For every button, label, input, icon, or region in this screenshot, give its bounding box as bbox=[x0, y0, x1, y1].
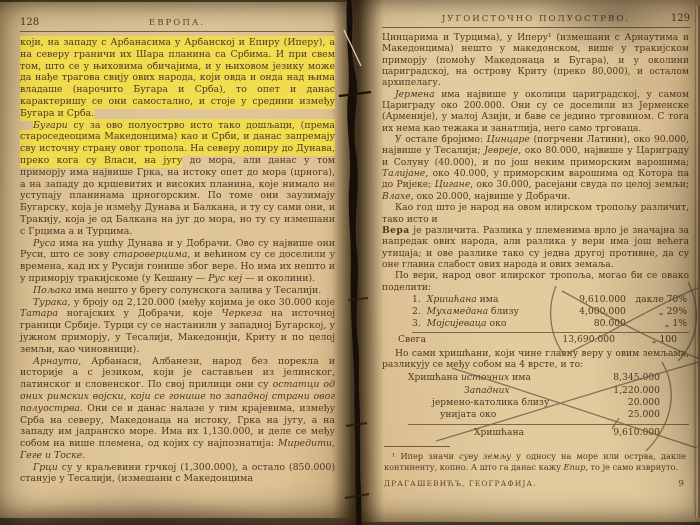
table-cell: дакле 70% bbox=[626, 294, 689, 306]
text-segment: ногајских у Добрачи, које bbox=[58, 308, 222, 319]
table-cell: 8,345.000 bbox=[580, 372, 660, 384]
stats-table: 1.Хришћана има9,610.000дакле 70%2.Мухаме… bbox=[382, 294, 689, 346]
table-cell: Мојсијеваца око bbox=[427, 318, 545, 330]
left-running-title: ЕВРОПА. bbox=[62, 18, 292, 28]
paragraph: По вери, народ овог илирског тропоља, мо… bbox=[382, 270, 689, 293]
text-segment: староверцима bbox=[113, 249, 187, 260]
text-segment: Мухамедана bbox=[427, 306, 488, 317]
table-cell: 1. bbox=[412, 294, 427, 306]
right-page-number: 129 bbox=[648, 13, 690, 24]
right-page: ЈУГОИСТОЧНО ПОЛУОСТРВО. 129 Цинцарима и … bbox=[356, 0, 700, 522]
table-cell: Хришћана bbox=[408, 427, 580, 439]
table-cell: 3. bbox=[412, 318, 427, 330]
text-segment: има bbox=[509, 372, 531, 383]
text-segment: Цигане bbox=[435, 179, 471, 190]
text-segment: Татара bbox=[20, 308, 58, 319]
text-segment: су у краљевини грчкој (1,300.000), а ост… bbox=[20, 462, 335, 485]
text-segment: има нешто у брегу солунскога залива у Те… bbox=[72, 285, 322, 296]
text-segment: Талијане bbox=[382, 168, 425, 179]
sheet-signature-number: 9 bbox=[679, 479, 684, 489]
table-cell: „ 29% bbox=[626, 306, 689, 318]
text-segment: Влахе bbox=[382, 191, 411, 202]
text-segment: Арнаути bbox=[33, 356, 78, 367]
text-segment: Вера bbox=[382, 225, 410, 236]
text-segment: Као год што је народ на овом илирском тр… bbox=[382, 202, 689, 224]
text-segment: Но сами хришћани, који чине главну веру … bbox=[382, 348, 689, 370]
paragraph: У остале бројимо: Цинцаре (погрчени Лати… bbox=[382, 134, 689, 202]
paragraph: Као год што је народ на овом илирском тр… bbox=[382, 202, 689, 225]
paragraph: Арнаути, Арбанаси, Албанези, народ без п… bbox=[20, 356, 335, 462]
book-signature: ДРАГАШЕВИЋЪ, ГЕОГРАФИЈА. bbox=[384, 479, 537, 488]
right-running-title: ЈУГОИСТОЧНО ПОЛУОСТРВО. bbox=[424, 14, 648, 24]
table-row: 1.Хришћана има9,610.000дакле 70% bbox=[412, 294, 689, 306]
table-cell: 13,690.000 bbox=[533, 334, 615, 346]
right-page-header: ЈУГОИСТОЧНО ПОЛУОСТРВО. 129 bbox=[382, 13, 690, 28]
table-cell: 80.000 bbox=[545, 318, 626, 330]
text-segment: ¹ Ипер значи bbox=[392, 451, 459, 461]
text-segment: Хришћана bbox=[408, 372, 461, 383]
table-row: јермено-католика близу20.000 bbox=[408, 397, 689, 409]
table-row: 2.Мухамедана близу4,000.000„ 29% bbox=[412, 306, 689, 318]
text-segment: источних bbox=[461, 372, 509, 383]
text-segment: , то је само изврнуто. bbox=[585, 462, 678, 472]
paragraph: Пољака има нешто у брегу солунскога зали… bbox=[20, 285, 335, 297]
left-page-number: 128 bbox=[20, 17, 62, 28]
table-cell: Западних bbox=[408, 385, 580, 397]
paragraph: Но сами хришћани, који чине главну веру … bbox=[382, 348, 689, 371]
stats-table: Хришћана источних има8,345.000Западних1,… bbox=[382, 372, 689, 439]
text-segment: Руса bbox=[33, 238, 56, 249]
table-cell: 9,610.000 bbox=[580, 427, 660, 439]
page-footer: ДРАГАШЕВИЋЪ, ГЕОГРАФИЈА. 9 bbox=[384, 479, 684, 489]
table-row: Свега13,690.000„ 100 bbox=[412, 332, 689, 346]
table-row: унијата око25.000 bbox=[408, 409, 689, 421]
table-cell: 2. bbox=[412, 306, 427, 318]
text-segment: Западних bbox=[464, 385, 510, 396]
paragraph: Вера је различита. Разлика у племенима в… bbox=[382, 225, 689, 270]
left-page: 128 ЕВРОПА. који, на западу с Арбанасима… bbox=[0, 2, 350, 518]
paragraph: Руса има на ушћу Дунава и у Добрачи. Ово… bbox=[20, 238, 335, 285]
table-cell: унијата око bbox=[408, 409, 580, 421]
text-segment: Пољака bbox=[33, 285, 72, 296]
paragraph: Бугари су за ово полуострво исто тако до… bbox=[20, 120, 335, 238]
text-segment: има bbox=[477, 294, 499, 305]
left-page-text: који, на западу с Арбанасима у Арбанској… bbox=[20, 37, 335, 485]
text-segment: Јермена bbox=[395, 89, 435, 100]
left-page-header: 128 ЕВРОПА. bbox=[20, 17, 334, 32]
text-segment: У остале бројимо: bbox=[395, 134, 487, 145]
text-segment: Цинцаре bbox=[487, 134, 530, 145]
paragraph: који, на западу с Арбанасима у Арбанској… bbox=[20, 37, 335, 120]
table-cell: 25.000 bbox=[580, 409, 660, 421]
text-segment: , око 30.000, расејани свуда по целој зе… bbox=[470, 179, 689, 190]
table-cell: јермено-католика близу bbox=[408, 397, 580, 409]
text-segment: По вери, народ овог илирског тропоља, мо… bbox=[382, 270, 689, 292]
table-row: Хришћана источних има8,345.000 bbox=[408, 372, 689, 384]
table-cell: Мухамедана близу bbox=[427, 306, 545, 318]
table-cell: Хришћана источних има bbox=[408, 372, 580, 384]
table-cell: 4,000.000 bbox=[545, 306, 626, 318]
table-cell: 20.000 bbox=[580, 397, 660, 409]
page-edges bbox=[693, 6, 700, 518]
paragraph: Грци су у краљевини грчкој (1,300.000), … bbox=[20, 462, 335, 486]
text-segment: , у броју од 2,120.000 (међу којима је о… bbox=[67, 297, 335, 308]
paragraph: Турака, у броју од 2,120.000 (међу којим… bbox=[20, 297, 335, 356]
table-row: Западних1,220.000 bbox=[408, 385, 689, 397]
text-segment: до мора, али данас у том приморју има на… bbox=[20, 155, 335, 237]
text-segment: Черкеза bbox=[221, 308, 262, 319]
table-cell: 1,220.000 bbox=[580, 385, 660, 397]
table-cell: „ 100 bbox=[615, 334, 679, 346]
paragraph: Јермена има највише у околици цариградск… bbox=[382, 89, 689, 134]
text-segment: Турака bbox=[33, 297, 67, 308]
table-row: Хришћана9,610.000 bbox=[408, 424, 689, 439]
text-segment: Епир bbox=[564, 462, 586, 472]
right-page-text: Цинцарима и Турцима), у Иперу¹ (измешани… bbox=[382, 32, 689, 439]
text-segment: Цинцарима и Турцима), у Иперу¹ (измешани… bbox=[382, 32, 689, 88]
text-segment: суву земљу bbox=[459, 451, 511, 461]
text-segment: Рус кеј bbox=[208, 273, 242, 284]
table-cell: Хришћана има bbox=[427, 294, 545, 306]
text-segment: близу bbox=[488, 306, 519, 317]
text-segment: Јевреје bbox=[484, 145, 518, 156]
paragraph: Цинцарима и Турцима), у Иперу¹ (измешани… bbox=[382, 32, 689, 89]
text-segment: Грци bbox=[33, 462, 58, 473]
table-cell: Свега bbox=[398, 334, 533, 346]
text-segment: Хришћана bbox=[427, 294, 477, 305]
text-segment: , око 20.000, највише у Добрачи. bbox=[411, 191, 571, 202]
footnote: ¹ Ипер значи суву земљу у односу на море… bbox=[384, 451, 686, 472]
text-segment: Мојсијеваца bbox=[427, 318, 487, 329]
text-segment: је различита. Разлика у племенима врло ј… bbox=[382, 225, 689, 270]
text-segment: — и околини). bbox=[242, 273, 315, 284]
highlighted-text: који, на западу с Арбанасима у Арбанској… bbox=[20, 36, 335, 121]
text-segment: око bbox=[487, 318, 507, 329]
table-cell: 9,610.000 bbox=[545, 294, 626, 306]
text-segment: . bbox=[82, 450, 85, 461]
table-cell: „ 1% bbox=[626, 318, 689, 330]
table-row: 3.Мојсијеваца око80.000„ 1% bbox=[412, 318, 689, 330]
book-photo: 128 ЕВРОПА. који, на западу с Арбанасима… bbox=[0, 0, 700, 525]
footnote-rule bbox=[384, 446, 450, 447]
